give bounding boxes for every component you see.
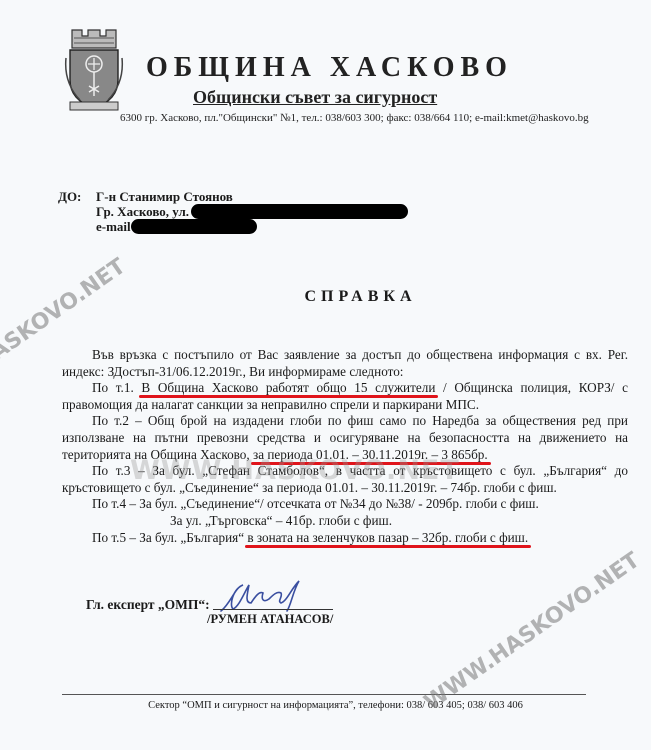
point-4-paragraph: По т.4 – За бул. „Съединение“/ отсечката… xyxy=(62,496,628,513)
recipient-label: ДО: xyxy=(58,189,81,204)
footer-contact: Сектор “ОМП и сигурност на информацията”… xyxy=(0,700,651,711)
point-1-paragraph: По т.1. В Община Хасково работят общо 15… xyxy=(62,380,628,413)
footer-divider xyxy=(62,694,586,695)
recipient-email-prefix: e-mail xyxy=(96,219,131,234)
recipient-email-line: e-mail xyxy=(96,219,408,234)
signatory-title: Гл. експерт „ОМП“: xyxy=(86,597,210,613)
highlighted-text: В Община Хасково работят общо 15 служите… xyxy=(141,380,435,395)
organization-name: ОБЩИНА ХАСКОВО xyxy=(146,52,513,84)
document-page: ОБЩИНА ХАСКОВО Общински съвет за сигурно… xyxy=(0,0,651,750)
point-1-lead: По т.1. xyxy=(92,380,141,395)
signatory-name: /РУМЕН АТАНАСОВ/ xyxy=(207,612,333,627)
handwritten-signature-icon xyxy=(215,577,325,617)
recipient-address-line: Гр. Хасково, ул. xyxy=(96,204,408,219)
council-subtitle: Общински съвет за сигурност xyxy=(193,87,437,108)
recipient-name: Г-н Станимир Стоянов xyxy=(96,189,408,204)
watermark: WWW.HASKOVO.NET xyxy=(420,548,644,716)
point-4b-paragraph: За ул. „Търговска“ – 41бр. глоби с фиш. xyxy=(62,513,628,530)
redaction-bar xyxy=(191,204,408,219)
point-5-paragraph: По т.5 – За бул. „България“ в зоната на … xyxy=(62,530,628,547)
redaction-bar xyxy=(131,219,257,234)
highlighted-text: в зоната на зеленчуков пазар – 32бр. гло… xyxy=(247,530,528,545)
watermark: WWW.HASKOVO.NET xyxy=(130,455,460,486)
contact-address: 6300 гр. Хасково, пл."Общински" №1, тел.… xyxy=(120,112,589,124)
intro-paragraph: Във връзка с постъпило от Вас заявление … xyxy=(62,347,628,380)
coat-of-arms-icon xyxy=(64,28,124,116)
signature-line xyxy=(213,609,333,610)
point-5-lead: По т.5 – За бул. „България“ xyxy=(92,530,247,545)
document-body: Във връзка с постъпило от Вас заявление … xyxy=(62,347,628,546)
recipient-street-prefix: Гр. Хасково, ул. xyxy=(96,204,189,219)
